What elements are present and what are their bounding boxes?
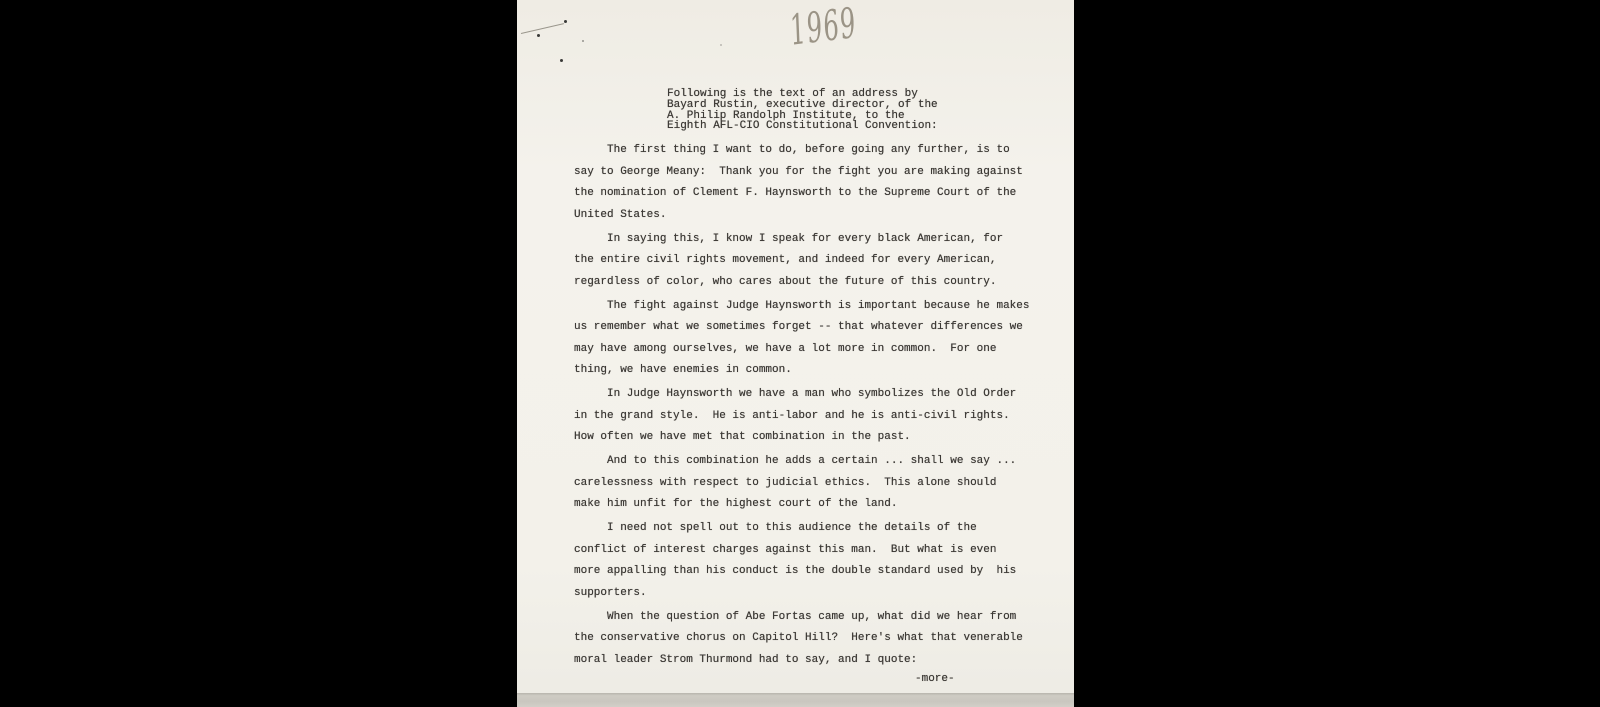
header-line: Bayard Rustin, executive director, of th…	[667, 100, 938, 111]
text-line: may have among ourselves, we have a lot …	[574, 339, 1029, 361]
paragraph: And to this combination he adds a certai…	[574, 451, 1029, 516]
text-line: moral leader Strom Thurmond had to say, …	[574, 650, 1029, 672]
text-line: in the grand style. He is anti-labor and…	[574, 406, 1029, 428]
text-line: the conservative chorus on Capitol Hill?…	[574, 628, 1029, 650]
text-line: In saying this, I know I speak for every…	[574, 229, 1029, 251]
text-line: the nomination of Clement F. Haynsworth …	[574, 183, 1029, 205]
paragraph: In Judge Haynsworth we have a man who sy…	[574, 384, 1029, 449]
document-page: 1969 Following is the text of an address…	[517, 0, 1074, 707]
text-line: conflict of interest charges against thi…	[574, 540, 1029, 562]
page-bottom-edge	[517, 693, 1074, 707]
handwritten-year-annotation: 1969	[789, 0, 857, 55]
speck-mark	[564, 20, 567, 23]
scan-background: 1969 Following is the text of an address…	[0, 0, 1600, 707]
text-line: United States.	[574, 205, 1029, 227]
paragraph: In saying this, I know I speak for every…	[574, 229, 1029, 294]
text-line: say to George Meany: Thank you for the f…	[574, 162, 1029, 184]
text-line: And to this combination he adds a certai…	[574, 451, 1029, 473]
text-line: The first thing I want to do, before goi…	[574, 140, 1029, 162]
paragraph: The fight against Judge Haynsworth is im…	[574, 296, 1029, 382]
text-line: The fight against Judge Haynsworth is im…	[574, 296, 1029, 318]
paragraph: The first thing I want to do, before goi…	[574, 140, 1029, 226]
text-line: regardless of color, who cares about the…	[574, 272, 1029, 294]
text-line: make him unfit for the highest court of …	[574, 494, 1029, 516]
text-line: I need not spell out to this audience th…	[574, 518, 1029, 540]
speck-mark	[720, 44, 722, 46]
text-line: supporters.	[574, 583, 1029, 605]
speck-mark	[560, 59, 563, 62]
paragraph: I need not spell out to this audience th…	[574, 518, 1029, 604]
paragraph: When the question of Abe Fortas came up,…	[574, 607, 1029, 672]
header-line: Eighth AFL-CIO Constitutional Convention…	[667, 121, 938, 132]
text-line: more appalling than his conduct is the d…	[574, 561, 1029, 583]
header-block: Following is the text of an address byBa…	[667, 89, 938, 132]
speck-mark	[582, 40, 584, 42]
scratch-mark	[521, 23, 564, 34]
speck-mark	[537, 34, 540, 37]
text-line: How often we have met that combination i…	[574, 427, 1029, 449]
text-line: thing, we have enemies in common.	[574, 360, 1029, 382]
text-line: us remember what we sometimes forget -- …	[574, 317, 1029, 339]
text-line: carelessness with respect to judicial et…	[574, 473, 1029, 495]
more-continuation-marker: -more-	[915, 669, 955, 691]
text-line: In Judge Haynsworth we have a man who sy…	[574, 384, 1029, 406]
speech-text-block: The first thing I want to do, before goi…	[574, 140, 1029, 674]
text-line: the entire civil rights movement, and in…	[574, 250, 1029, 272]
text-line: When the question of Abe Fortas came up,…	[574, 607, 1029, 629]
